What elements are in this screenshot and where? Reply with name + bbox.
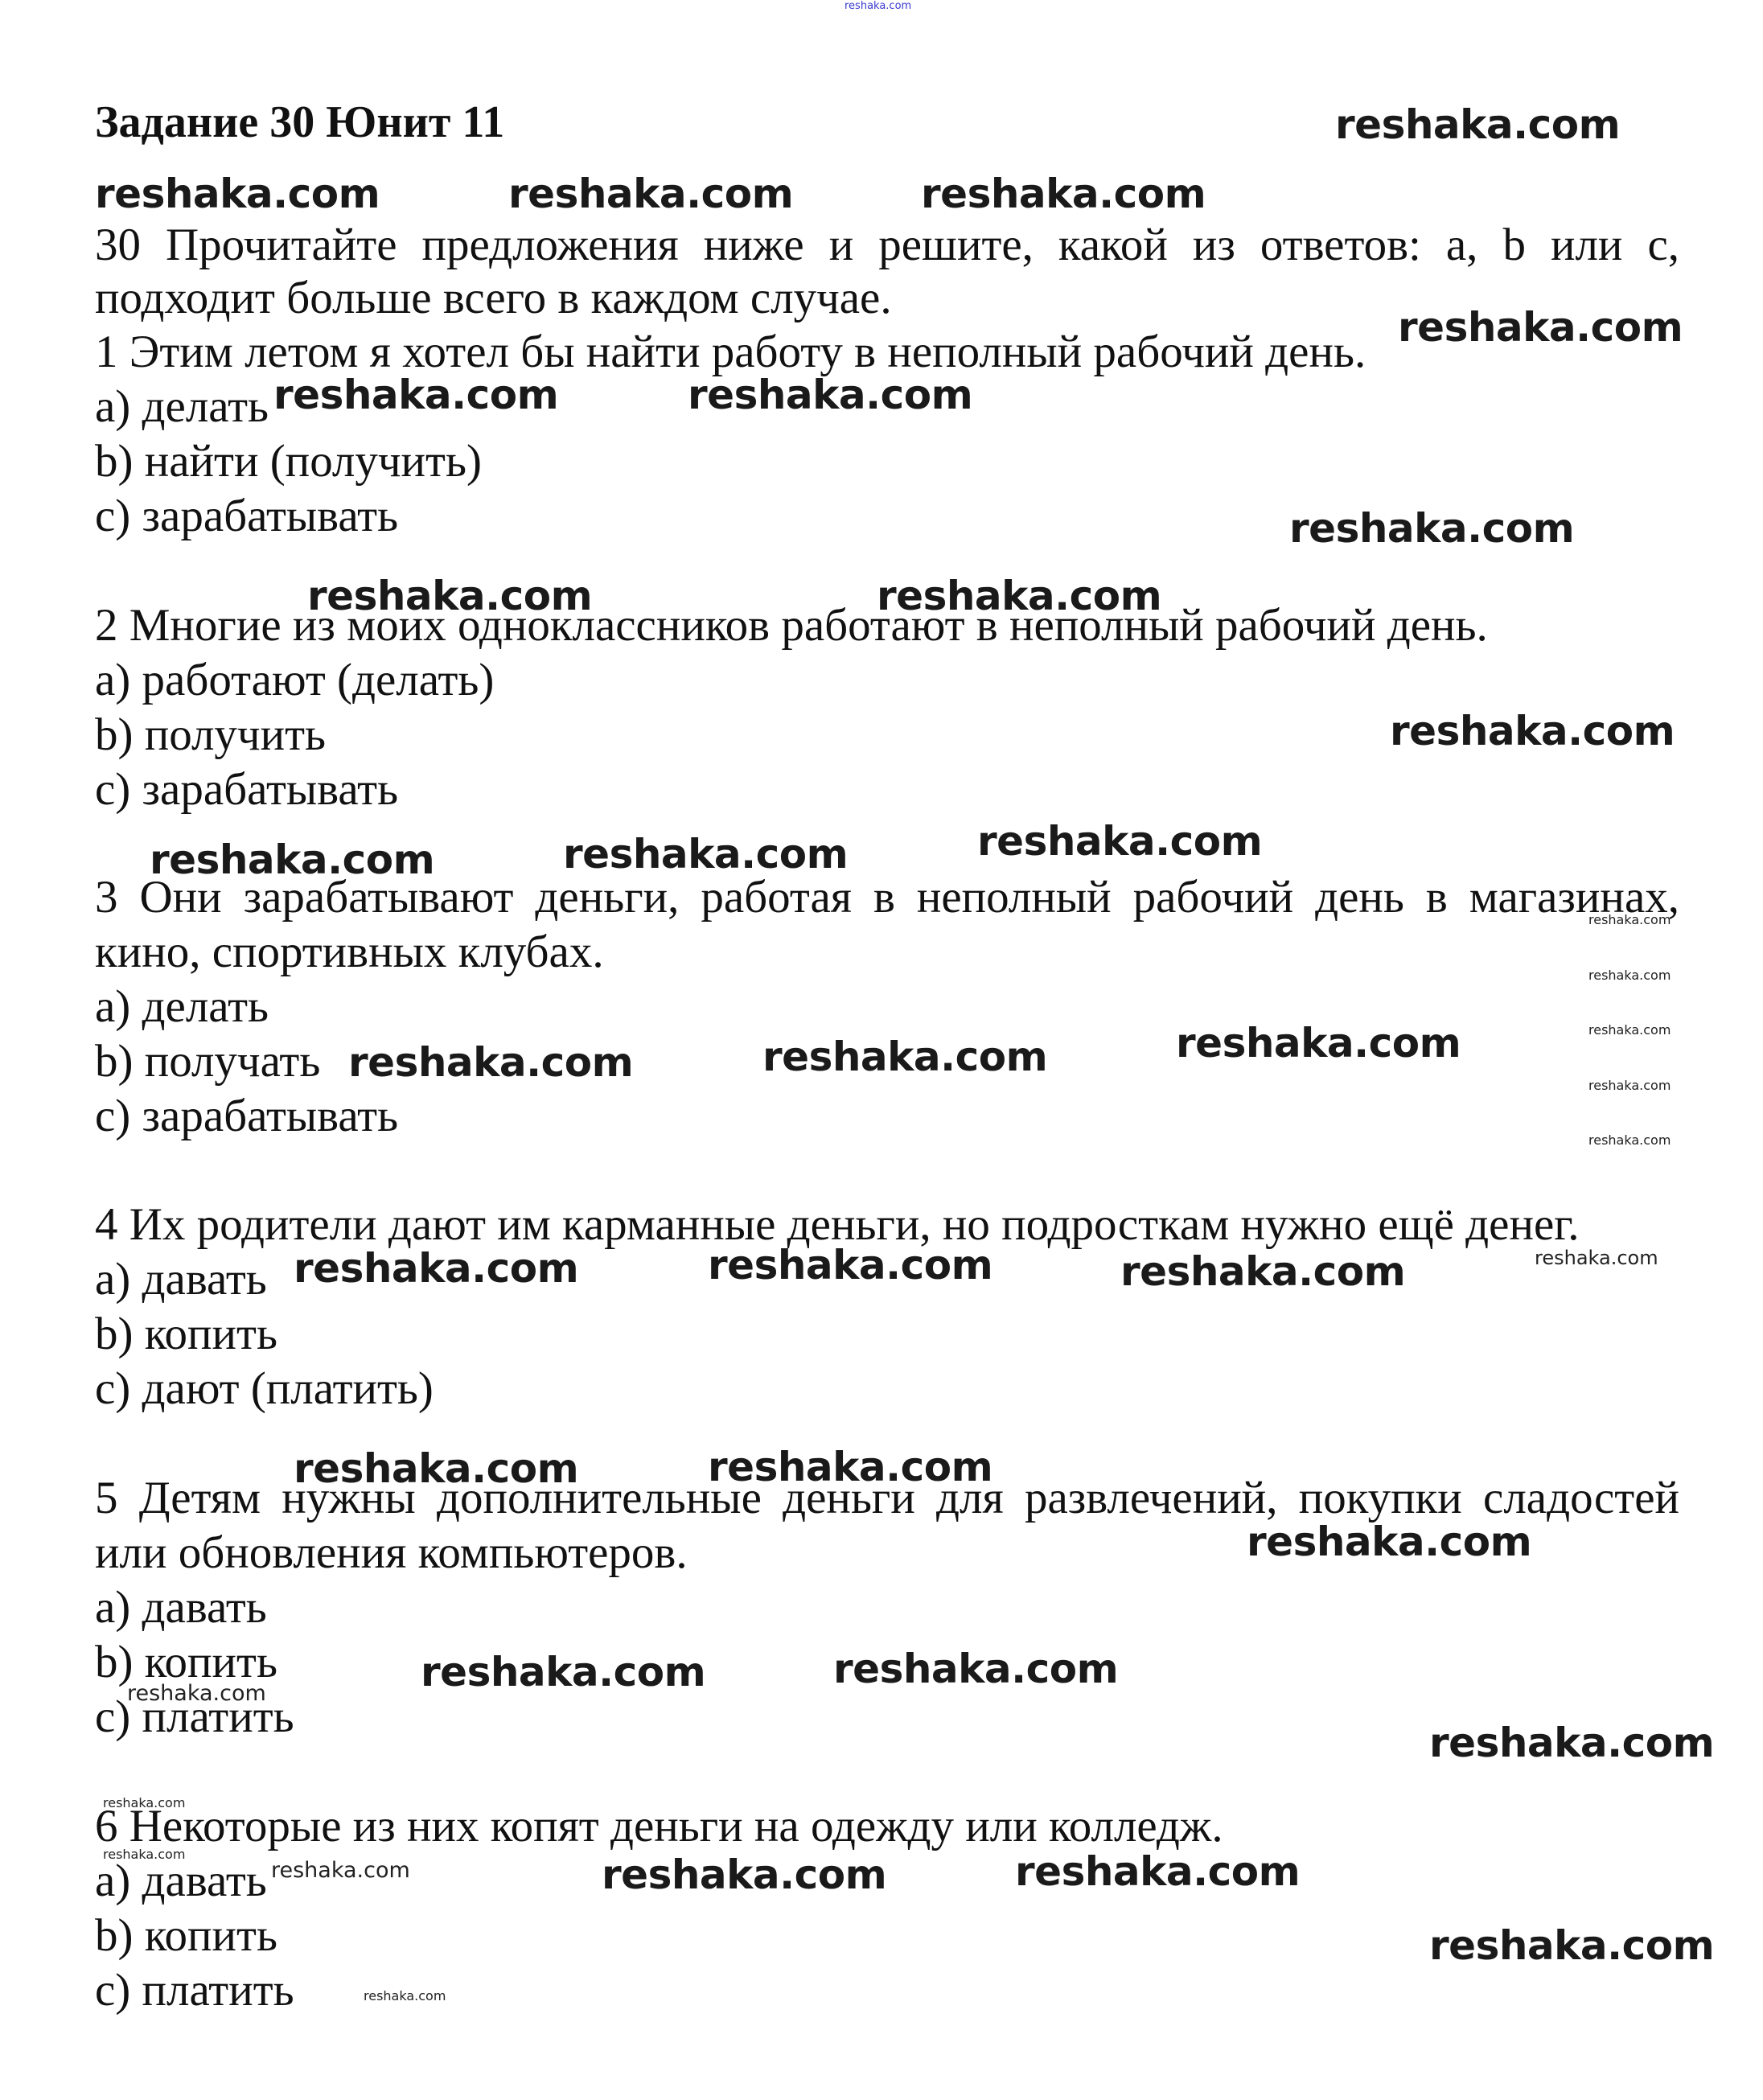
question-6-option-c: c) платить	[95, 1964, 294, 2016]
page-title: Задание 30 Юнит 11	[95, 97, 504, 148]
watermark: reshaka.com	[421, 1649, 705, 1695]
instruction-line-1: 30 Прочитайте предложения ниже и решите,…	[95, 219, 1679, 271]
watermark: reshaka.com	[708, 1242, 992, 1288]
watermark: reshaka.com	[833, 1646, 1118, 1692]
question-3-option-c: c) зарабатывать	[95, 1090, 398, 1142]
watermark: reshaka.com	[1588, 1022, 1671, 1038]
watermark: reshaka.com	[563, 831, 848, 877]
watermark: reshaka.com	[921, 171, 1206, 217]
watermark: reshaka.com	[127, 1681, 266, 1706]
watermark: reshaka.com	[273, 372, 558, 418]
question-2-option-c: c) зарабатывать	[95, 763, 398, 816]
watermark: reshaka.com	[1398, 304, 1683, 351]
watermark: reshaka.com	[602, 1851, 886, 1898]
watermark: reshaka.com	[1429, 1922, 1714, 1969]
question-4-option-c: c) дают (платить)	[95, 1362, 434, 1415]
watermark: reshaka.com	[364, 1988, 446, 2003]
watermark: reshaka.com	[348, 1039, 633, 1086]
watermark: reshaka.com	[294, 1245, 578, 1292]
question-2-option-a: a) работают (делать)	[95, 654, 494, 706]
watermark: reshaka.com	[150, 836, 434, 883]
question-2-option-b: b) получить	[95, 709, 326, 761]
watermark: reshaka.com	[1588, 1078, 1671, 1093]
question-1-option-c: c) зарабатывать	[95, 490, 398, 542]
watermark: reshaka.com	[103, 1847, 185, 1862]
watermark: reshaka.com	[708, 1444, 992, 1490]
question-3-option-b: b) получать	[95, 1035, 320, 1087]
watermark: reshaka.com	[762, 1034, 1047, 1080]
watermark: reshaka.com	[1535, 1247, 1658, 1269]
watermark: reshaka.com	[688, 372, 972, 418]
watermark: reshaka.com	[508, 171, 793, 217]
watermark: reshaka.com	[271, 1858, 410, 1883]
watermark: reshaka.com	[1247, 1518, 1531, 1565]
instruction-line-2: подходит больше всего в каждом случае.	[95, 272, 892, 324]
watermark: reshaka.com	[1429, 1720, 1714, 1766]
question-1-option-a: a) делать	[95, 380, 269, 433]
question-6-text: 6 Некоторые из них копят деньги на одежд…	[95, 1800, 1223, 1852]
question-5-option-a: a) давать	[95, 1581, 267, 1634]
question-1-option-b: b) найти (получить)	[95, 435, 482, 487]
watermark: reshaka.com	[1588, 1132, 1671, 1148]
watermark: reshaka.com	[103, 1795, 185, 1810]
question-1-text: 1 Этим летом я хотел бы найти работу в н…	[95, 326, 1366, 378]
watermark: reshaka.com	[95, 171, 380, 217]
watermark: reshaka.com	[1289, 505, 1574, 552]
question-4-option-a: a) давать	[95, 1253, 267, 1305]
watermark: reshaka.com	[1015, 1848, 1300, 1895]
watermark: reshaka.com	[1176, 1020, 1461, 1066]
question-3-text-line-2: кино, спортивных клубах.	[95, 926, 604, 978]
header-watermark: reshaka.com	[845, 0, 911, 12]
question-6-option-a: a) давать	[95, 1855, 267, 1907]
watermark: reshaka.com	[1120, 1248, 1405, 1295]
question-2-text: 2 Многие из моих одноклассников работают…	[95, 599, 1488, 651]
watermark: reshaka.com	[877, 573, 1161, 619]
question-6-option-b: b) копить	[95, 1909, 277, 1962]
watermark: reshaka.com	[977, 818, 1262, 865]
watermark: reshaka.com	[307, 573, 592, 619]
question-5-text-line-2: или обновления компьютеров.	[95, 1527, 688, 1579]
question-3-option-a: a) делать	[95, 980, 269, 1033]
watermark: reshaka.com	[1390, 708, 1675, 754]
watermark: reshaka.com	[1335, 101, 1620, 148]
watermark: reshaka.com	[1588, 968, 1671, 983]
watermark: reshaka.com	[294, 1445, 578, 1492]
document-page: reshaka.com Задание 30 Юнит 11 30 Прочит…	[0, 0, 1763, 2100]
watermark: reshaka.com	[1588, 912, 1671, 927]
question-4-option-b: b) копить	[95, 1308, 277, 1360]
